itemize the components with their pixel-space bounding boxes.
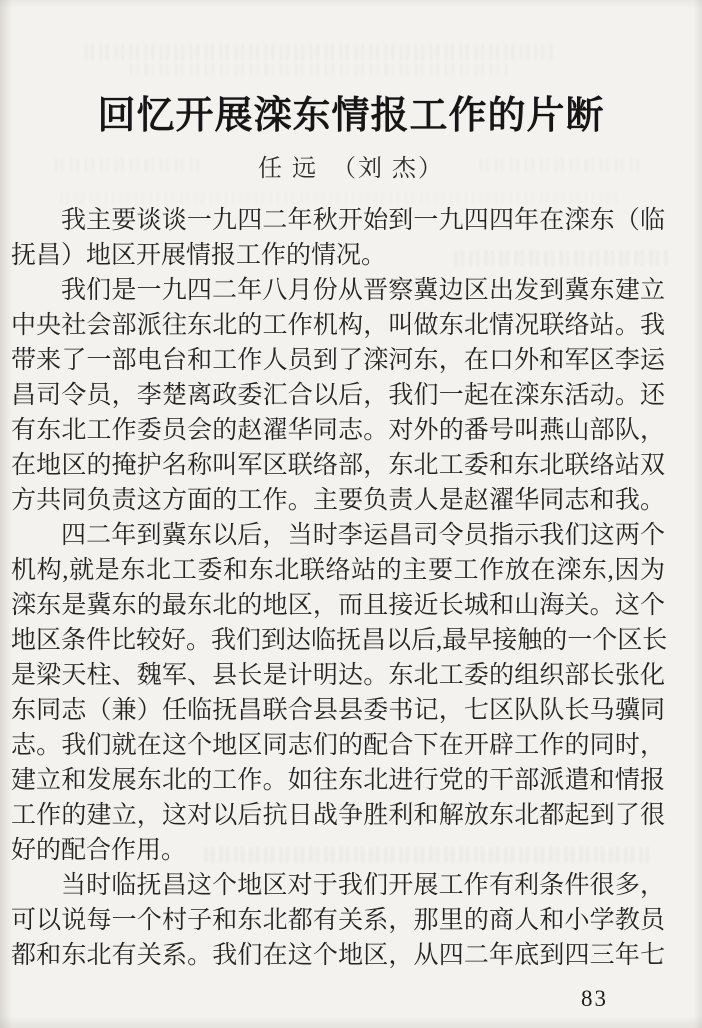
text-line: 方共同负责这方面的工作。主要负责人是赵濯华同志和我。 (11, 483, 665, 518)
article-author: 任 远 （刘 杰） (0, 148, 702, 183)
text-line: 四二年到冀东以后，当时李运昌司令员指示我们这两个 (11, 518, 665, 553)
body-text: 我主要谈谈一九四二年秋开始到一九四四年在滦东（临抚昌）地区开展情报工作的情况。我… (11, 203, 665, 973)
bleed-through-text (130, 63, 510, 76)
text-line: 是梁天柱、魏军、县长是计明达。东北工委的组织部长张化 (11, 658, 665, 693)
page-edge-top (0, 0, 702, 8)
text-line: 中央社会部派往东北的工作机构，叫做东北情况联络站。我 (11, 308, 665, 343)
text-line: 建立和发展东北的工作。如往东北进行党的干部派遣和情报 (11, 763, 665, 798)
text-line: 我主要谈谈一九四二年秋开始到一九四四年在滦东（临 (11, 203, 665, 238)
text-line: 东同志（兼）任临抚昌联合县县委书记，七区队队长马骥同 (11, 693, 665, 728)
text-line: 昌司令员，李楚离政委汇合以后，我们一起在滦东活动。还 (11, 378, 665, 413)
text-line: 我们是一九四二年八月份从晋察冀边区出发到冀东建立 (11, 273, 665, 308)
text-line: 地区条件比较好。我们到达临抚昌以后,最早接触的一个区长 (11, 623, 665, 658)
text-line: 都和东北有关系。我们在这个地区，从四二年底到四三年七 (11, 938, 665, 973)
paragraph: 我们是一九四二年八月份从晋察冀边区出发到冀东建立中央社会部派往东北的工作机构，叫… (11, 273, 665, 518)
text-line: 当时临抚昌这个地区对于我们开展工作有利条件很多， (11, 868, 665, 903)
text-line: 抚昌）地区开展情报工作的情况。 (11, 238, 665, 273)
text-line: 在地区的掩护名称叫军区联络部，东北工委和东北联络站双 (11, 448, 665, 483)
bleed-through-text (85, 44, 555, 60)
text-line: 可以说每一个村子和东北都有关系，那里的商人和小学教员 (11, 903, 665, 938)
text-line: 带来了一部电台和工作人员到了滦河东，在口外和军区李运 (11, 343, 665, 378)
article-title: 回忆开展滦东情报工作的片断 (0, 84, 702, 139)
paragraph: 当时临抚昌这个地区对于我们开展工作有利条件很多，可以说每一个村子和东北都有关系，… (11, 868, 665, 973)
text-line: 志。我们就在这个地区同志们的配合下在开辟工作的同时， (11, 728, 665, 763)
text-line: 工作的建立，这对以后抗日战争胜利和解放东北都起到了很 (11, 798, 665, 833)
paragraph: 四二年到冀东以后，当时李运昌司令员指示我们这两个机构,就是东北工委和东北联络站的… (11, 518, 665, 868)
page-edge-bottom (0, 1016, 702, 1028)
text-line: 机构,就是东北工委和东北联络站的主要工作放在滦东,因为 (11, 553, 665, 588)
text-line: 有东北工作委员会的赵濯华同志。对外的番号叫燕山部队， (11, 413, 665, 448)
page-number: 83 (581, 986, 608, 1012)
text-line: 滦东是冀东的最东北的地区，而且接近长城和山海关。这个 (11, 588, 665, 623)
text-line: 好的配合作用。 (11, 833, 665, 868)
paragraph: 我主要谈谈一九四二年秋开始到一九四四年在滦东（临抚昌）地区开展情报工作的情况。 (11, 203, 665, 273)
